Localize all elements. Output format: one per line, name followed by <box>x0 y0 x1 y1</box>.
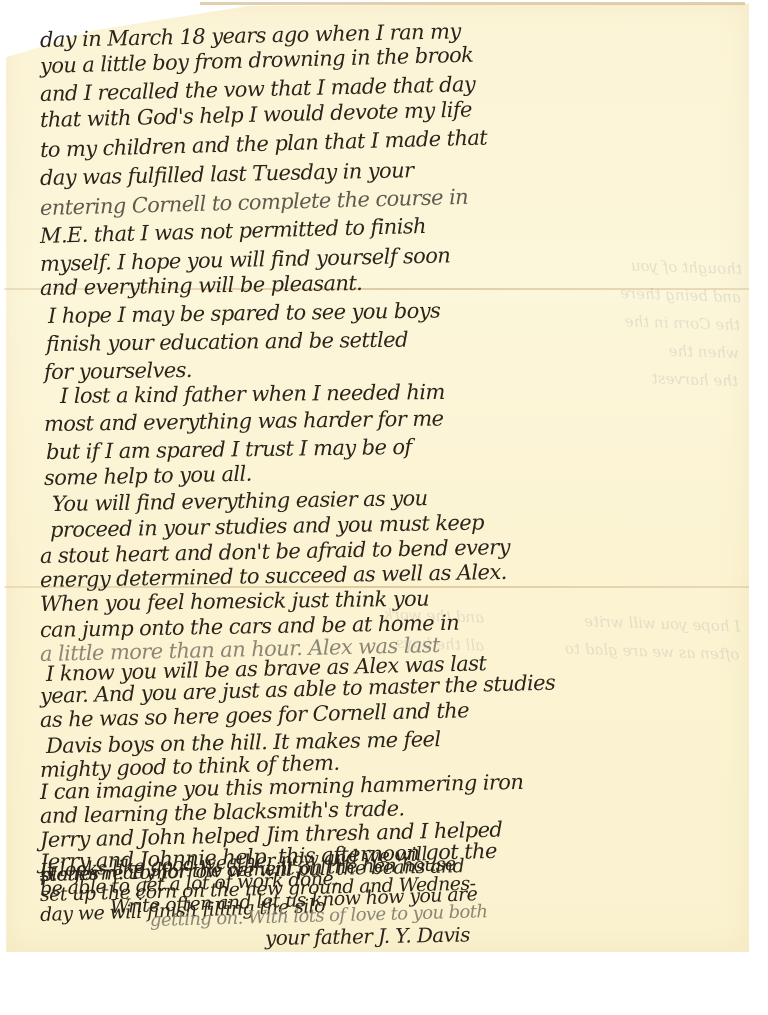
letter-line: some help to you all. <box>44 462 252 490</box>
letter-line: for yourselves. <box>44 358 192 384</box>
letter-line: finish your education and be settled <box>46 328 408 356</box>
signature: your father J. Y. Davis <box>265 922 470 950</box>
letter-line: but if I am spared I trust I may be of <box>46 435 412 464</box>
ink-bleed-through: thought of you and being there the Corn … <box>438 245 743 395</box>
paper-top-edge <box>200 2 745 5</box>
letter-line: I lost a kind father when I needed him <box>60 380 445 408</box>
letter-line: and everything will be pleasant. <box>40 271 363 300</box>
